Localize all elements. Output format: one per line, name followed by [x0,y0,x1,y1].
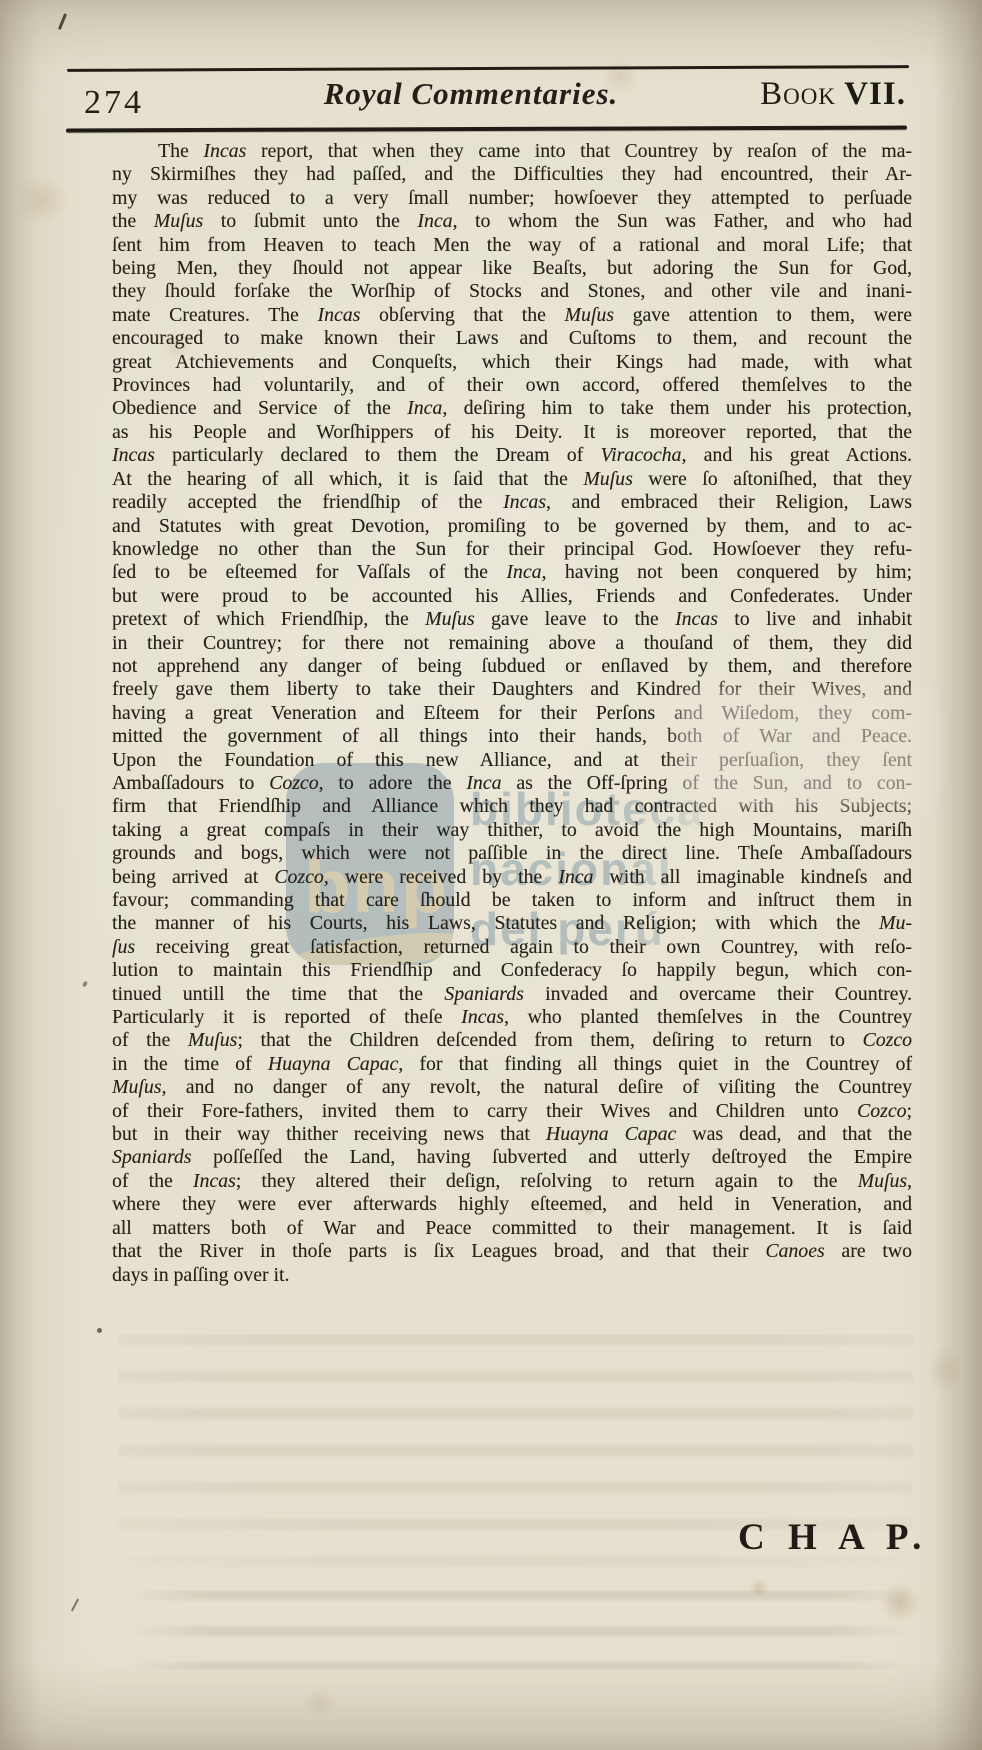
italic-text-segment: Huayna Capac [546,1123,676,1145]
pen-mark [58,13,67,30]
text-segment: they ſhould forſake the Worſhip of Stock… [112,280,912,302]
italic-text-segment: Muſus [112,1076,161,1098]
text-segment: ſent him from Heaven to teach Men the wa… [112,234,912,256]
text-line: of their Fore-fathers, invited them to c… [112,1100,912,1123]
text-line: of the Muſus; that the Children deſcende… [112,1029,912,1052]
italic-text-segment: Incas [461,1006,504,1028]
text-segment: being arrived at [112,866,274,888]
text-line: where they were ever afterwards highly e… [112,1193,912,1216]
text-segment: ſed to be eſteemed for Vaſſals of the [112,561,506,583]
text-line: and Statutes with great Devotion, promiſ… [112,515,912,538]
paper-stain [748,1578,770,1598]
text-segment: to ſubmit unto the [203,210,417,232]
text-line: ſus receiving great ſatisfaction, return… [112,936,912,959]
text-segment: mate Creatures. The [112,304,317,326]
text-line: The Incas report, that when they came in… [112,140,912,163]
text-segment: report, that when they came into that Co… [246,140,912,162]
header-rule-top [67,65,909,72]
text-segment: as his People and Worſhippers of his Dei… [112,421,912,443]
text-segment: but were proud to be accounted his Allie… [112,585,912,607]
text-line: mitted the government of all things into… [112,725,912,748]
text-line: of the Incas; they altered their deſign,… [112,1170,912,1193]
text-segment: , [907,1170,912,1192]
text-segment: , were received by the [324,866,558,888]
page-number: 274 [84,84,144,122]
text-segment: freely gave them liberty to take their D… [112,678,912,700]
italic-text-segment: Huayna Capac [268,1053,398,1075]
text-segment: , having not been conquered by him; [542,561,912,583]
italic-text-segment: Inca [558,866,593,888]
text-line: Particularly it is reported of theſe Inc… [112,1006,912,1029]
text-segment: , for that finding all things quiet in t… [398,1053,912,1075]
text-line: in their Countrey; for there not remaini… [112,632,912,655]
text-line: freely gave them liberty to take their D… [112,678,912,701]
italic-text-segment: Muſus [425,608,474,630]
italic-text-segment: Muſus [565,304,614,326]
text-segment: in the time of [112,1053,268,1075]
text-segment: lution to maintain this Friendſhip and C… [112,959,912,981]
text-segment: mitted the government of all things into… [112,725,912,747]
text-line: having a great Veneration and Eſteem for… [112,702,912,725]
italic-text-segment: Cozco [863,1029,912,1051]
text-segment: as the Off-ſpring of the Sun, and to con… [501,772,912,794]
italic-text-segment: Muſus [858,1170,907,1192]
italic-text-segment: Viracocha [601,444,682,466]
text-segment: invaded and overcame their Countrey. [524,983,912,1005]
text-line: in the time of Huayna Capac, for that fi… [112,1053,912,1076]
text-segment: of the [112,1170,193,1192]
text-segment: was dead, and that the [676,1123,912,1145]
text-segment: grounds and bogs, which were not paſſibl… [112,842,912,864]
text-segment: , to whom the Sun was Father, and who ha… [453,210,912,232]
italic-text-segment: Mu- [879,912,912,934]
text-line: knowledge no other than the Sun for thei… [112,538,912,561]
text-segment: being Men, they ſhould not appear like B… [112,257,912,279]
italic-text-segment: Cozco [857,1100,906,1122]
text-segment: firm that Friendſhip and Alliance which … [112,795,912,817]
text-segment: having a great Veneration and Eſteem for… [112,702,912,724]
text-segment: are two [825,1240,912,1262]
text-segment: , deſiring him to take them under his pr… [442,397,912,419]
text-line: but in their way thither receiving news … [112,1123,912,1146]
text-line: the Muſus to ſubmit unto the Inca, to wh… [112,210,912,233]
text-line: encouraged to make known their Laws and … [112,327,912,350]
text-segment: encouraged to make known their Laws and … [112,327,912,349]
text-segment: favour; commanding that care ſhould be t… [112,889,912,911]
text-line: grounds and bogs, which were not paſſibl… [112,842,912,865]
italic-text-segment: Spaniards [112,1146,192,1168]
text-segment: all matters both of War and Peace commit… [112,1217,912,1239]
text-segment: particularly declared to them the Dream … [155,444,601,466]
italic-text-segment: Incas [112,444,155,466]
text-line: but were proud to be accounted his Allie… [112,585,912,608]
text-segment: and Statutes with great Devotion, promiſ… [112,515,912,537]
text-segment: were ſo aſtoniſhed, that they [633,468,912,490]
text-line: ſent him from Heaven to teach Men the wa… [112,234,912,257]
chapter-catchword: C H A P. [738,1516,928,1559]
text-segment: , and no danger of any revolt, the natur… [161,1076,912,1098]
text-segment: Upon the Foundation of this new Alliance… [112,749,912,771]
text-line: the manner of his Courts, his Laws, Stat… [112,912,912,935]
paper-stain [878,1582,922,1622]
text-line: Incas particularly declared to them the … [112,444,912,467]
text-segment: of the [112,1029,188,1051]
book-heading: Book VII. [760,76,906,113]
italic-text-segment: Incas [317,304,360,326]
text-segment: that the River in thoſe parts is ſix Lea… [112,1240,765,1262]
text-line: ſed to be eſteemed for Vaſſals of the In… [112,561,912,584]
text-segment: the [112,210,154,232]
text-segment: in their Countrey; for there not remaini… [112,632,912,654]
italic-text-segment: Incas [193,1170,236,1192]
text-segment: gave leave to the [475,608,675,630]
text-segment: At the hearing of all which, it is ſaid … [112,468,583,490]
text-segment: taking a great compaſs in their way thit… [112,819,912,841]
italic-text-segment: Muſus [583,468,632,490]
text-line: being arrived at Cozco, were received by… [112,866,912,889]
text-line: days in paſſing over it. [112,1264,912,1287]
text-segment: ; that the Children deſcended from them,… [237,1029,862,1051]
italic-text-segment: Incas [675,608,718,630]
text-segment: where they were ever afterwards highly e… [112,1193,912,1215]
text-segment: my was reduced to a very ſmall number; h… [112,187,912,209]
paper-stain [930,1340,960,1400]
text-line: pretext of which Friendſhip, the Muſus g… [112,608,912,631]
text-segment: tinued untill the time that the [112,983,444,1005]
italic-text-segment: Muſus [188,1029,237,1051]
text-segment: obſerving that the [360,304,564,326]
text-line: At the hearing of all which, it is ſaid … [112,468,912,491]
text-line: Provinces had voluntarily, and of their … [112,374,912,397]
text-line: Spaniards poſſeſſed the Land, having ſub… [112,1146,912,1169]
text-segment: , who planted themſelves in the Countrey [504,1006,912,1028]
text-line: taking a great compaſs in their way thit… [112,819,912,842]
text-segment: knowledge no other than the Sun for thei… [112,538,912,560]
text-line: favour; commanding that care ſhould be t… [112,889,912,912]
text-line: as his People and Worſhippers of his Dei… [112,421,912,444]
text-segment: Provinces had voluntarily, and of their … [112,374,912,396]
text-line: Ambaſſadours to Cozco, to adore the Inca… [112,772,912,795]
italic-text-segment: Cozco [269,772,318,794]
text-segment: the manner of his Courts, his Laws, Stat… [112,912,879,934]
paper-stain [20,170,66,230]
text-line: great Atchievements and Conqueſts, which… [112,351,912,374]
italic-text-segment: Incas [503,491,546,513]
text-line: my was reduced to a very ſmall number; h… [112,187,912,210]
italic-text-segment: Incas [203,140,246,162]
text-line: Muſus, and no danger of any revolt, the … [112,1076,912,1099]
text-segment: Obedience and Service of the [112,397,407,419]
text-segment: Particularly it is reported of theſe [112,1006,461,1028]
text-line: that the River in thoſe parts is ſix Lea… [112,1240,912,1263]
italic-text-segment: Muſus [154,210,203,232]
text-segment: readily accepted the friendſhip of the [112,491,503,513]
text-line: being Men, they ſhould not appear like B… [112,257,912,280]
text-segment: The [158,140,203,162]
text-segment: to live and inhabit [718,608,912,630]
text-segment: ny Skirmiſhes they had paſſed, and the D… [112,163,912,185]
text-segment: , and his great Actions. [681,444,912,466]
italic-text-segment: Inca [407,397,442,419]
text-segment: gave attention to them, were [614,304,912,326]
text-segment: Ambaſſadours to [112,772,269,794]
text-segment: great Atchievements and Conqueſts, which… [112,351,912,373]
text-line: readily accepted the friendſhip of the I… [112,491,912,514]
text-segment: poſſeſſed the Land, having ſubverted and… [192,1146,912,1168]
text-segment: days in paſſing over it. [112,1264,289,1286]
text-segment: ; [907,1100,913,1122]
text-line: they ſhould forſake the Worſhip of Stock… [112,280,912,303]
text-segment: receiving great ſatisfaction, returned a… [135,936,912,958]
ink-dot [97,1328,102,1333]
italic-text-segment: ſus [112,936,135,958]
paper-stain [300,1690,340,1716]
text-line: firm that Friendſhip and Alliance which … [112,795,912,818]
italic-text-segment: Canoes [765,1240,824,1262]
ink-dot [82,980,88,987]
italic-text-segment: Inca [417,210,452,232]
text-segment: pretext of which Friendſhip, the [112,608,425,630]
italic-text-segment: Inca [466,772,501,794]
text-line: Obedience and Service of the Inca, deſir… [112,397,912,420]
text-line: tinued untill the time that the Spaniard… [112,983,912,1006]
text-line: Upon the Foundation of this new Alliance… [112,749,912,772]
text-segment: with all imaginable kindneſs and [593,866,912,888]
book-word: Book [760,76,836,112]
text-segment: but in their way thither receiving news … [112,1123,546,1145]
text-segment: , and embraced their Religion, Laws [546,491,912,513]
header-rule-bottom [66,126,907,133]
book-number: VII. [844,76,906,112]
text-segment: , to adore the [319,772,467,794]
book-page-scan: 274 Royal Commentaries. Book VII. bnp bi… [0,0,982,1750]
body-paragraph: The Incas report, that when they came in… [112,140,912,1287]
pen-mark [71,1598,79,1611]
text-line: all matters both of War and Peace commit… [112,1217,912,1240]
text-line: mate Creatures. The Incas obſerving that… [112,304,912,327]
italic-text-segment: Cozco [274,866,323,888]
italic-text-segment: Inca [506,561,541,583]
text-segment: of their Fore-fathers, invited them to c… [112,1100,857,1122]
text-segment: ; they altered their deſign, reſolving t… [236,1170,858,1192]
text-line: lution to maintain this Friendſhip and C… [112,959,912,982]
text-segment: not apprehend any danger of being ſubdue… [112,655,912,677]
showthrough-ghost-lines [130,1590,910,1670]
text-line: ny Skirmiſhes they had paſſed, and the D… [112,163,912,186]
text-line: not apprehend any danger of being ſubdue… [112,655,912,678]
running-title: Royal Commentaries. [251,76,691,112]
italic-text-segment: Spaniards [444,983,524,1005]
